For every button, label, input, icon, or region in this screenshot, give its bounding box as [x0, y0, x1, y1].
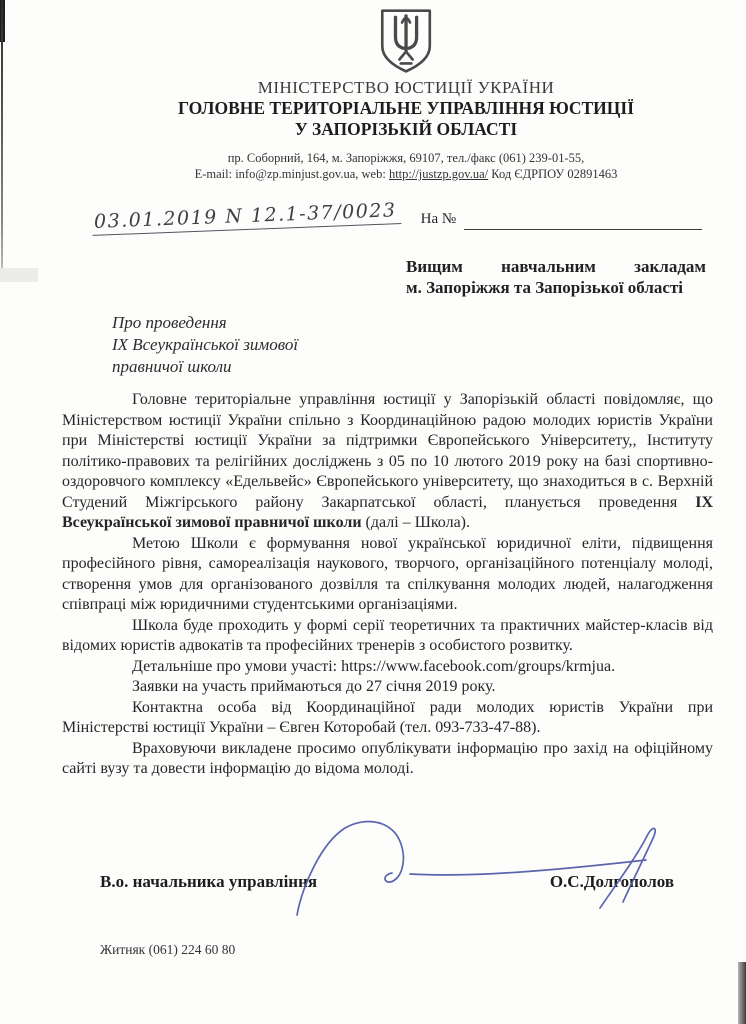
department-name-line1: ГОЛОВНЕ ТЕРИТОРІАЛЬНЕ УПРАВЛІННЯ ЮСТИЦІЇ [33, 98, 746, 119]
signer-name: О.С.Долгополов [550, 872, 674, 892]
subject-line2: ІХ Всеукраїнської зимової [112, 334, 746, 356]
email-and-web-label: E-mail: info@zp.minjust.gov.ua, web: [195, 167, 389, 181]
subject-line1: Про проведення [112, 312, 746, 334]
department-name-line2: У ЗАПОРІЗЬКІЙ ОБЛАСТІ [33, 119, 746, 140]
outgoing-number-handwritten: 03.01.2019 N 12.1-37/0023 [92, 199, 401, 236]
reply-to-number-label: На № [421, 211, 457, 230]
paragraph-5: Заявки на участь приймаються до 27 січня… [62, 677, 713, 698]
paragraph-4-tail: . [611, 658, 615, 675]
paragraph-4: Детальніше про умови участі: https://www… [62, 657, 713, 678]
ministry-name: МІНІСТЕРСТВО ЮСТИЦІЇ УКРАЇНИ [33, 78, 746, 98]
reply-number-blank-line [464, 213, 702, 230]
addressee-line2: м. Запоріжжя та Запорізької області [406, 277, 706, 298]
scan-artifact-left-edge-line [1, 0, 3, 282]
contact-line: E-mail: info@zp.minjust.gov.ua, web: htt… [33, 166, 746, 182]
scanned-letter-page: МІНІСТЕРСТВО ЮСТИЦІЇ УКРАЇНИ ГОЛОВНЕ ТЕР… [0, 0, 746, 1024]
trident-emblem-icon [33, 8, 746, 74]
paragraph-3: Школа буде проходить у формі серії теоре… [62, 616, 713, 657]
facebook-group-link[interactable]: https://www.facebook.com/groups/krmjua [341, 658, 611, 675]
paragraph-1-tail: (далі – Школа). [362, 514, 470, 531]
signature-row: В.о. начальника управління О.С.Долгополо… [0, 872, 746, 892]
addressee-line1: Вищим навчальним закладам [406, 256, 706, 277]
letterhead: МІНІСТЕРСТВО ЮСТИЦІЇ УКРАЇНИ ГОЛОВНЕ ТЕР… [33, 0, 746, 182]
website-link[interactable]: http://justzp.gov.ua/ [389, 167, 488, 181]
executor-contact: Житняк (061) 224 60 80 [100, 942, 235, 958]
subject-line3: правничої школи [112, 356, 746, 378]
paragraph-7: Враховуючи викладене просимо опублікуват… [62, 739, 713, 780]
letter-body: Головне територіальне управління юстиції… [62, 390, 713, 780]
scan-artifact-right-edge-bar [738, 962, 746, 1024]
paragraph-1-text: Головне територіальне управління юстиції… [62, 391, 713, 511]
paragraph-6: Контактна особа від Координаційної ради … [62, 698, 713, 739]
details-label: Детальніше про умови участі: [132, 658, 341, 675]
scan-artifact-smear [0, 268, 38, 282]
edrpou-code: Код ЄДРПОУ 02891463 [488, 167, 617, 181]
paragraph-1: Головне територіальне управління юстиції… [62, 390, 713, 534]
signer-position: В.о. начальника управління [100, 872, 317, 892]
addressee-block: Вищим навчальним закладам м. Запоріжжя т… [406, 256, 706, 298]
subject-block: Про проведення ІХ Всеукраїнської зимової… [112, 312, 746, 378]
paragraph-2: Метою Школи є формування нової українськ… [62, 534, 713, 616]
address-line: пр. Соборний, 164, м. Запоріжжя, 69107, … [33, 150, 746, 166]
reference-row: 03.01.2019 N 12.1-37/0023 На № [0, 198, 746, 230]
